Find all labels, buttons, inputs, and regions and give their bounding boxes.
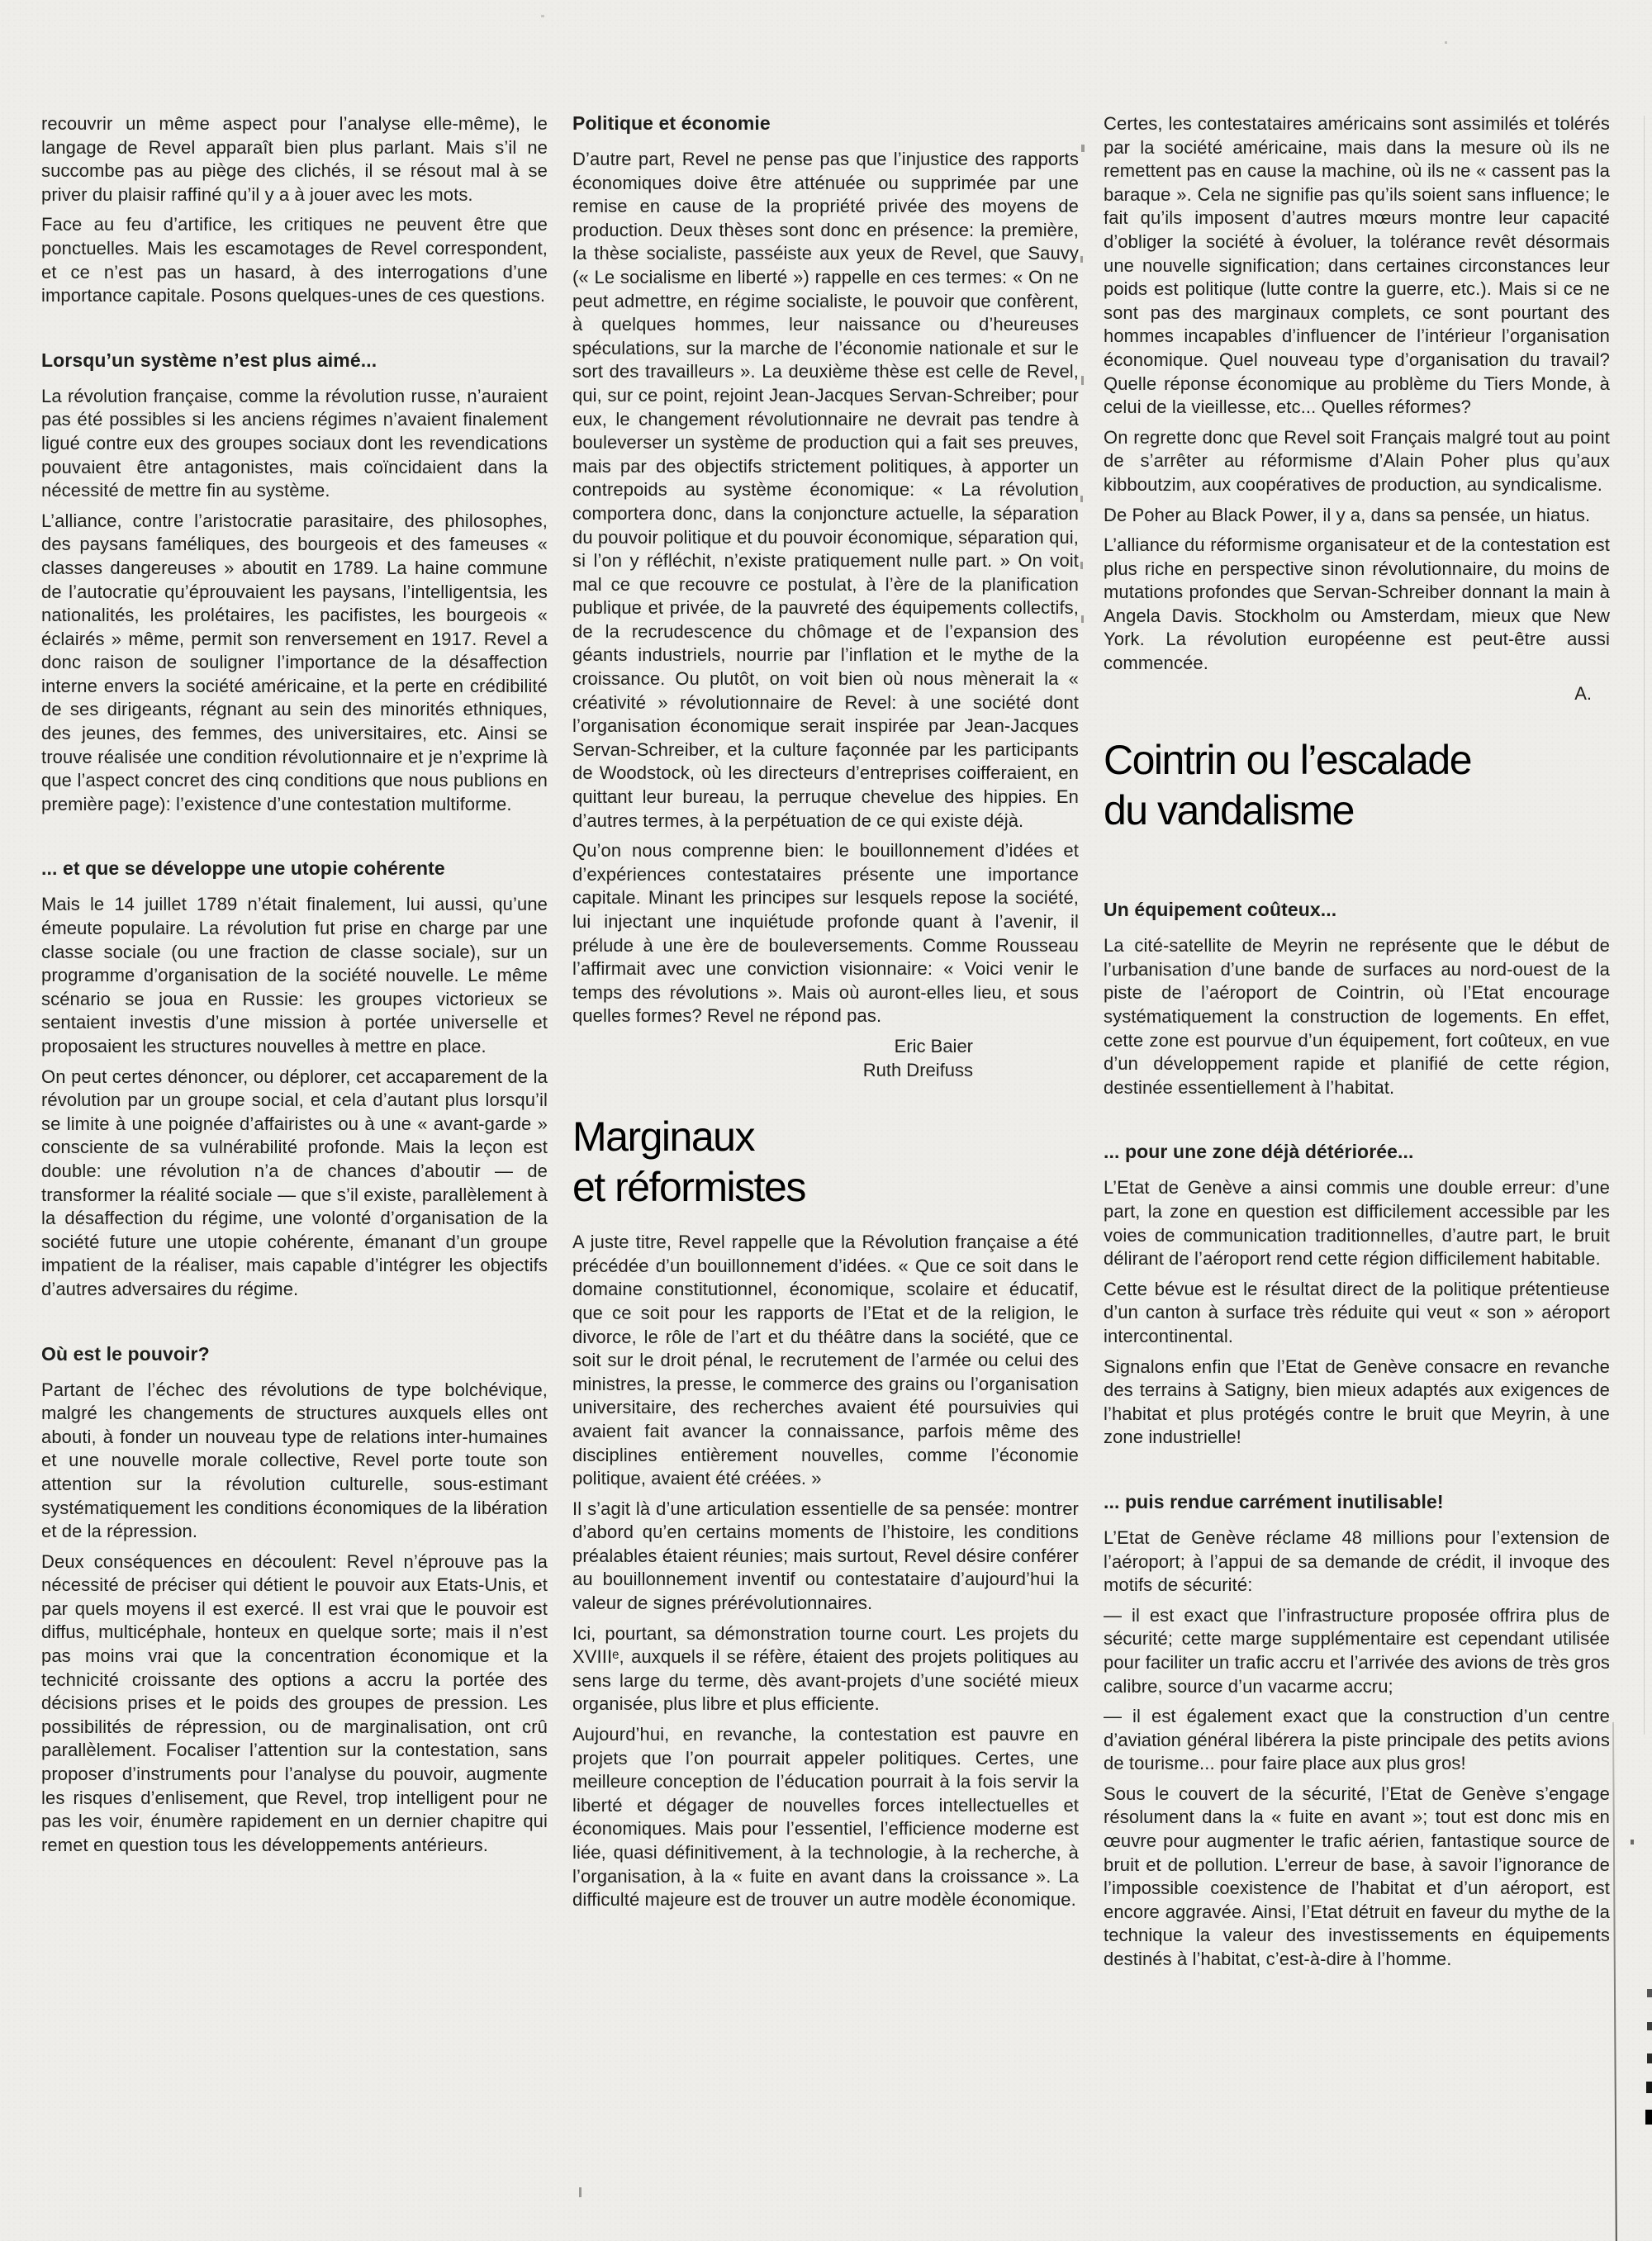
body-paragraph: L’alliance, contre l’aristocratie parasi… [41, 510, 548, 817]
body-paragraph: Mais le 14 juillet 1789 n’était finaleme… [41, 893, 548, 1058]
section-subhead: Où est le pouvoir? [41, 1343, 548, 1365]
body-paragraph: L’Etat de Genève a ainsi commis une doub… [1104, 1176, 1610, 1270]
scan-speck [579, 2187, 582, 2197]
body-paragraph: De Poher au Black Power, il y a, dans sa… [1104, 504, 1610, 528]
scan-edge-mark [1646, 2082, 1652, 2093]
scan-speck [1080, 256, 1083, 263]
scan-edge-mark [1645, 2110, 1652, 2125]
body-paragraph: recouvrir un même aspect pour l’analyse … [41, 112, 548, 207]
body-paragraph: Qu’on nous comprenne bien: le bouillonne… [572, 839, 1079, 1028]
scan-speck [1081, 615, 1084, 623]
author-signature: Eric Baier Ruth Dreifuss [572, 1035, 1079, 1082]
section-subhead: Politique et économie [572, 112, 1079, 135]
scan-speck [1445, 41, 1447, 44]
article-headline: Cointrin ou l’escalade du vandalisme [1104, 735, 1610, 836]
newspaper-page: recouvrir un même aspect pour l’analyse … [0, 0, 1652, 2241]
body-paragraph: Deux conséquences en découlent: Revel n’… [41, 1550, 548, 1858]
body-paragraph: La cité-satellite de Meyrin ne représent… [1104, 934, 1610, 1099]
scan-edge-mark [1647, 1989, 1652, 1997]
body-paragraph: D’autre part, Revel ne pense pas que l’i… [572, 148, 1079, 833]
section-subhead: Un équipement coûteux... [1104, 899, 1610, 921]
scan-edge-mark [1631, 1840, 1634, 1845]
body-paragraph: Face au feu d’artifice, les critiques ne… [41, 213, 548, 307]
article-headline: Marginaux et réformistes [572, 1112, 1079, 1213]
body-paragraph: Partant de l’échec des révolutions de ty… [41, 1379, 548, 1544]
body-paragraph: A juste titre, Revel rappelle que la Rév… [572, 1231, 1079, 1491]
body-paragraph: La révolution française, comme la révolu… [41, 385, 548, 503]
body-paragraph: Sous le couvert de la sécurité, l’Etat d… [1104, 1783, 1610, 1972]
scan-edge-mark [1647, 2022, 1652, 2030]
body-paragraph: On peut certes dénoncer, ou déplorer, ce… [41, 1066, 548, 1302]
page-edge-line [1644, 116, 1645, 1735]
body-paragraph: Aujourd’hui, en revanche, la contestatio… [572, 1723, 1079, 1912]
section-subhead: ... puis rendue carrément inutilisable! [1104, 1491, 1610, 1513]
text-column-1: recouvrir un même aspect pour l’analyse … [41, 112, 548, 1978]
text-column-3: Certes, les contestataires américains so… [1104, 112, 1610, 1978]
scan-speck [1080, 496, 1083, 502]
author-initial: A. [1104, 682, 1610, 706]
body-paragraph: On regrette donc que Revel soit Français… [1104, 426, 1610, 497]
body-paragraph: Il s’agit là d’une articulation essentie… [572, 1498, 1079, 1616]
body-paragraph: Certes, les contestataires américains so… [1104, 112, 1610, 420]
body-paragraph: Signalons enfin que l’Etat de Genève con… [1104, 1356, 1610, 1450]
body-paragraph: Ici, pourtant, sa démonstration tourne c… [572, 1622, 1079, 1716]
section-subhead: ... et que se développe une utopie cohér… [41, 857, 548, 880]
scan-edge-mark [1647, 2053, 1652, 2063]
article-text-area: recouvrir un même aspect pour l’analyse … [41, 112, 1610, 1978]
scan-speck [541, 15, 544, 17]
text-column-2: Politique et économieD’autre part, Revel… [572, 112, 1079, 1978]
scan-speck [1080, 562, 1083, 569]
section-subhead: ... pour une zone déjà détériorée... [1104, 1141, 1610, 1163]
body-paragraph: — il est également exact que la construc… [1104, 1705, 1610, 1776]
body-paragraph: L’alliance du réformisme organisateur et… [1104, 534, 1610, 676]
body-paragraph: Cette bévue est le résultat direct de la… [1104, 1278, 1610, 1349]
body-paragraph: — il est exact que l’infrastructure prop… [1104, 1604, 1610, 1698]
scan-fold-line [1612, 1722, 1617, 2241]
section-subhead: Lorsqu’un système n’est plus aimé... [41, 349, 548, 372]
body-paragraph: L’Etat de Genève réclame 48 millions pou… [1104, 1526, 1610, 1598]
scan-speck [1081, 376, 1084, 385]
scan-speck [1081, 145, 1085, 152]
